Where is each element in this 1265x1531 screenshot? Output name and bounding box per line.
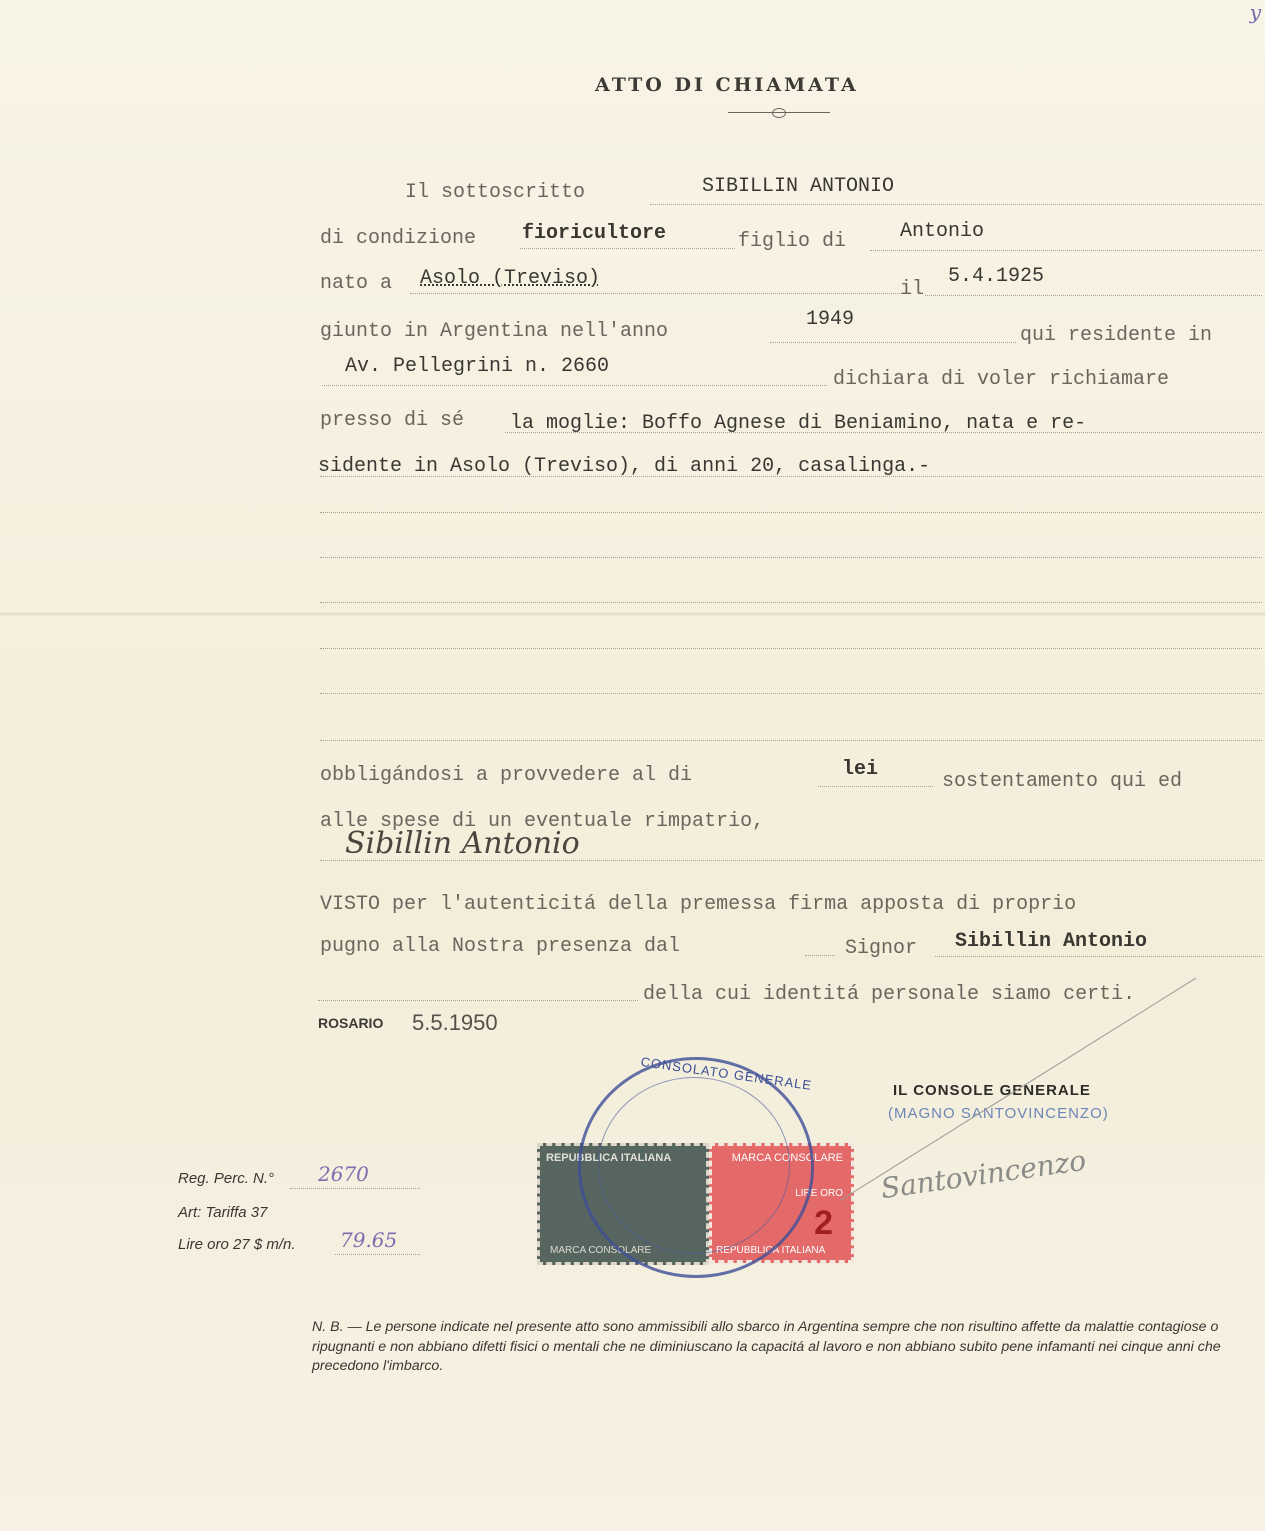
- dotted-rule: [935, 956, 1262, 957]
- nato-label: nato a: [320, 272, 392, 295]
- lire-value: 79.65: [340, 1228, 397, 1252]
- signor-value: Sibillin Antonio: [955, 930, 1147, 953]
- figlio-label: figlio di: [738, 230, 846, 253]
- nato-value: Asolo (Treviso): [420, 267, 600, 290]
- empty-rule: [320, 693, 1262, 694]
- figlio-value: Antonio: [900, 220, 984, 243]
- legal-note: N. B. — Le persone indicate nel presente…: [312, 1318, 1258, 1377]
- dotted-rule: [410, 293, 900, 294]
- lire-label: Lire oro 27 $ m/n.: [178, 1236, 296, 1253]
- identita-label: della cui identitá personale siamo certi…: [643, 983, 1135, 1006]
- paper-fold: [0, 612, 1265, 616]
- empty-rule: [320, 602, 1262, 603]
- applicant-signature: Sibillin Antonio: [345, 826, 580, 861]
- presso-value-2: sidente in Asolo (Treviso), di anni 20, …: [318, 455, 930, 478]
- dotted-rule: [322, 385, 827, 386]
- giunto-label: giunto in Argentina nell'anno: [320, 320, 668, 343]
- dotted-rule: [925, 295, 1262, 296]
- il-label: il: [900, 278, 924, 301]
- signor-label: Signor: [845, 937, 917, 960]
- residente-label: qui residente in: [1020, 324, 1212, 347]
- obbligandosi-value: lei: [842, 758, 878, 781]
- red-stamp-value: 2: [814, 1204, 833, 1243]
- dotted-rule: [520, 248, 735, 249]
- console-title: IL CONSOLE GENERALE: [893, 1082, 1091, 1099]
- dichiara-label: dichiara di voler richiamare: [833, 368, 1169, 391]
- title-ornament: [728, 112, 830, 117]
- obbligandosi-label: obbligándosi a provvedere al di: [320, 764, 692, 787]
- empty-rule: [320, 648, 1262, 649]
- dotted-rule: [770, 342, 1016, 343]
- presso-value-1: la moglie: Boffo Agnese di Beniamino, na…: [510, 412, 1086, 435]
- presso-label: presso di sé: [320, 409, 464, 432]
- consulate-seal-inner: [598, 1077, 790, 1254]
- il-value: 5.4.1925: [948, 265, 1044, 288]
- sottoscritto-value: SIBILLIN ANTONIO: [702, 175, 894, 198]
- corner-mark: y: [1250, 0, 1261, 24]
- empty-rule: [320, 740, 1262, 741]
- condizione-label: di condizione: [320, 227, 476, 250]
- sottoscritto-label: Il sottoscritto: [405, 181, 585, 204]
- document-date: 5.5.1950: [412, 1010, 498, 1036]
- sostentamento-label: sostentamento qui ed: [942, 770, 1182, 793]
- dotted-rule: [318, 1000, 638, 1001]
- reg-label: Reg. Perc. N.°: [178, 1170, 274, 1187]
- dotted-rule: [290, 1188, 420, 1189]
- dotted-rule: [805, 955, 835, 956]
- giunto-value: 1949: [806, 308, 854, 331]
- empty-rule: [320, 557, 1262, 558]
- condizione-value: fioricultore: [522, 222, 666, 245]
- dotted-rule: [870, 250, 1262, 251]
- console-name-stamp: (MAGNO SANTOVINCENZO): [888, 1105, 1109, 1122]
- place-label: ROSARIO: [318, 1015, 383, 1031]
- dotted-rule: [650, 204, 1262, 205]
- art-label: Art: Tariffa 37: [178, 1204, 268, 1221]
- empty-rule: [320, 512, 1262, 513]
- indirizzo-value: Av. Pellegrini n. 2660: [345, 355, 609, 378]
- document-title: ATTO DI CHIAMATA: [595, 74, 859, 96]
- dotted-rule: [335, 1254, 420, 1255]
- pugno-label: pugno alla Nostra presenza dal: [320, 935, 680, 958]
- visto-line: VISTO per l'autenticitá della premessa f…: [320, 893, 1076, 916]
- dotted-rule: [818, 786, 933, 787]
- reg-value: 2670: [318, 1162, 369, 1186]
